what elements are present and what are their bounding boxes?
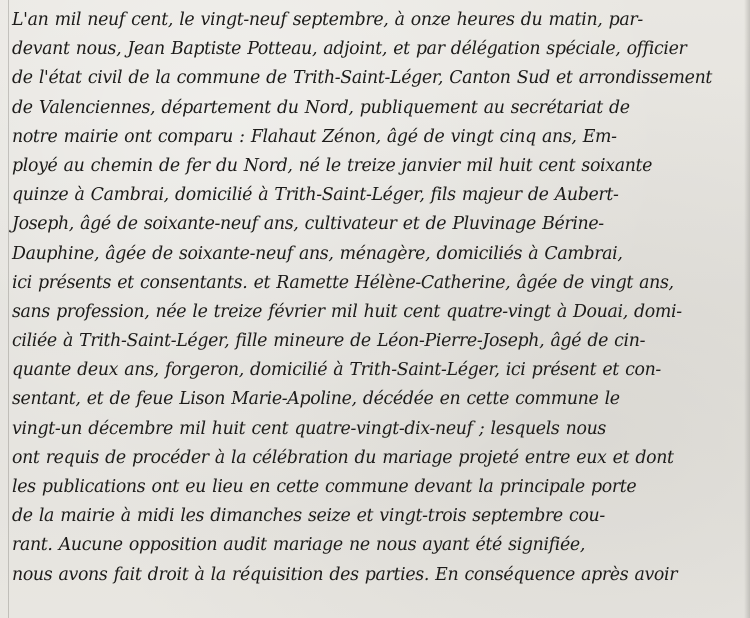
text-line-1: L'an mil neuf cent, le vingt-neuf septem…	[12, 6, 740, 35]
text-line-18: de la mairie à midi les dimanches seize …	[12, 502, 740, 531]
handwritten-text-block: L'an mil neuf cent, le vingt-neuf septem…	[12, 6, 746, 590]
text-line-15: vingt-un décembre mil huit cent quatre-v…	[12, 415, 740, 444]
text-line-9: Dauphine, âgée de soixante-neuf ans, mén…	[12, 240, 740, 269]
page-edge-shadow	[744, 0, 750, 618]
text-line-5: notre mairie ont comparu : Flahaut Zénon…	[12, 123, 740, 152]
text-line-16: ont requis de procéder à la célébration …	[12, 444, 740, 473]
text-line-8: Joseph, âgé de soixante-neuf ans, cultiv…	[12, 210, 740, 239]
text-line-12: ciliée à Trith-Saint-Léger, fille mineur…	[12, 327, 740, 356]
left-margin-rule	[8, 0, 9, 618]
text-line-7: quinze à Cambrai, domicilié à Trith-Sain…	[12, 181, 740, 210]
text-line-4: de Valenciennes, département du Nord, pu…	[12, 94, 740, 123]
text-line-6: ployé au chemin de fer du Nord, né le tr…	[12, 152, 740, 181]
text-line-19: rant. Aucune opposition audit mariage ne…	[12, 531, 740, 560]
text-line-13: quante deux ans, forgeron, domicilié à T…	[12, 356, 740, 385]
text-line-14: sentant, et de feue Lison Marie-Apoline,…	[12, 385, 740, 414]
text-line-2: devant nous, Jean Baptiste Potteau, adjo…	[12, 35, 740, 64]
text-line-11: sans profession, née le treize février m…	[12, 298, 740, 327]
register-page: L'an mil neuf cent, le vingt-neuf septem…	[0, 0, 750, 618]
text-line-20: nous avons fait droit à la réquisition d…	[12, 561, 740, 590]
text-line-17: les publications ont eu lieu en cette co…	[12, 473, 740, 502]
text-line-10: ici présents et consentants. et Ramette …	[12, 269, 740, 298]
text-line-3: de l'état civil de la commune de Trith-S…	[12, 64, 740, 93]
